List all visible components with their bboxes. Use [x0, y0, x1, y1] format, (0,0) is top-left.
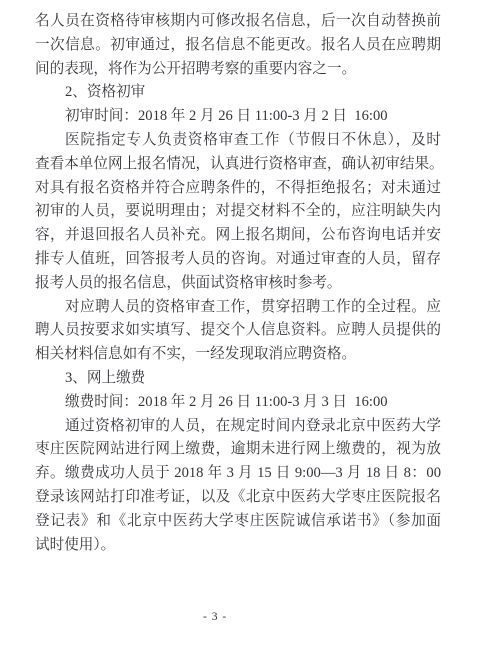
text-line: 3、网上缴费 — [35, 367, 441, 391]
text-line: 一次信息。初审通过，报名信息不能更改。报名人员在应聘期 — [35, 34, 441, 58]
text-line: 枣庄医院网站进行网上缴费，逾期未进行网上缴费的，视为放 — [35, 438, 441, 462]
text-line: 通过资格初审的人员，在规定时间内登录北京中医药大学 — [35, 415, 441, 439]
text-line: 初审时间：2018 年 2 月 26 日 11:00-3 月 2 日 16:00 — [35, 105, 441, 129]
text-line: 聘人员按要求如实填写、提交个人信息资料。应聘人员提供的 — [35, 319, 441, 343]
text-line: 排专人值班，回答报考人员的咨询。对通过审查的人员，留存 — [35, 248, 441, 272]
text-line: 报考人员的报名信息，供面试资格审核时参考。 — [35, 272, 441, 296]
text-line: 2、资格初审 — [35, 81, 441, 105]
text-line: 弃。缴费成功人员于 2018 年 3 月 15 日 9:00—3 月 18 日 … — [35, 462, 441, 486]
text-line: 试时使用）。 — [35, 534, 441, 558]
text-line: 查看本单位网上报名情况，认真进行资格审查，确认初审结果。 — [35, 153, 441, 177]
page-number: - 3 - — [203, 611, 293, 623]
text-line: 登录该网站打印准考证，以及《北京中医药大学枣庄医院报名 — [35, 486, 441, 510]
document-page: 名人员在资格待审核期内可修改报名信息，后一次自动替换前一次信息。初审通过，报名信… — [0, 0, 495, 672]
text-line: 名人员在资格待审核期内可修改报名信息，后一次自动替换前 — [35, 10, 441, 34]
text-line: 登记表》和《北京中医药大学枣庄医院诚信承诺书》（参加面 — [35, 510, 441, 534]
document-body-text: 名人员在资格待审核期内可修改报名信息，后一次自动替换前一次信息。初审通过，报名信… — [35, 10, 441, 557]
text-line: 缴费时间：2018 年 2 月 26 日 11:00-3 月 3 日 16:00 — [35, 391, 441, 415]
text-line: 医院指定专人负责资格审查工作（节假日不休息），及时 — [35, 129, 441, 153]
text-line: 相关材料信息如有不实，一经发现取消应聘资格。 — [35, 343, 441, 367]
text-line: 对应聘人员的资格审查工作，贯穿招聘工作的全过程。应 — [35, 296, 441, 320]
text-line: 对具有报名资格并符合应聘条件的，不得拒绝报名；对未通过 — [35, 177, 441, 201]
text-line: 容，并退回报名人员补充。网上报名期间，公布咨询电话并安 — [35, 224, 441, 248]
text-line: 初审的人员，要说明理由；对提交材料不全的，应注明缺失内 — [35, 200, 441, 224]
text-line: 间的表现，将作为公开招聘考察的重要内容之一。 — [35, 58, 441, 82]
